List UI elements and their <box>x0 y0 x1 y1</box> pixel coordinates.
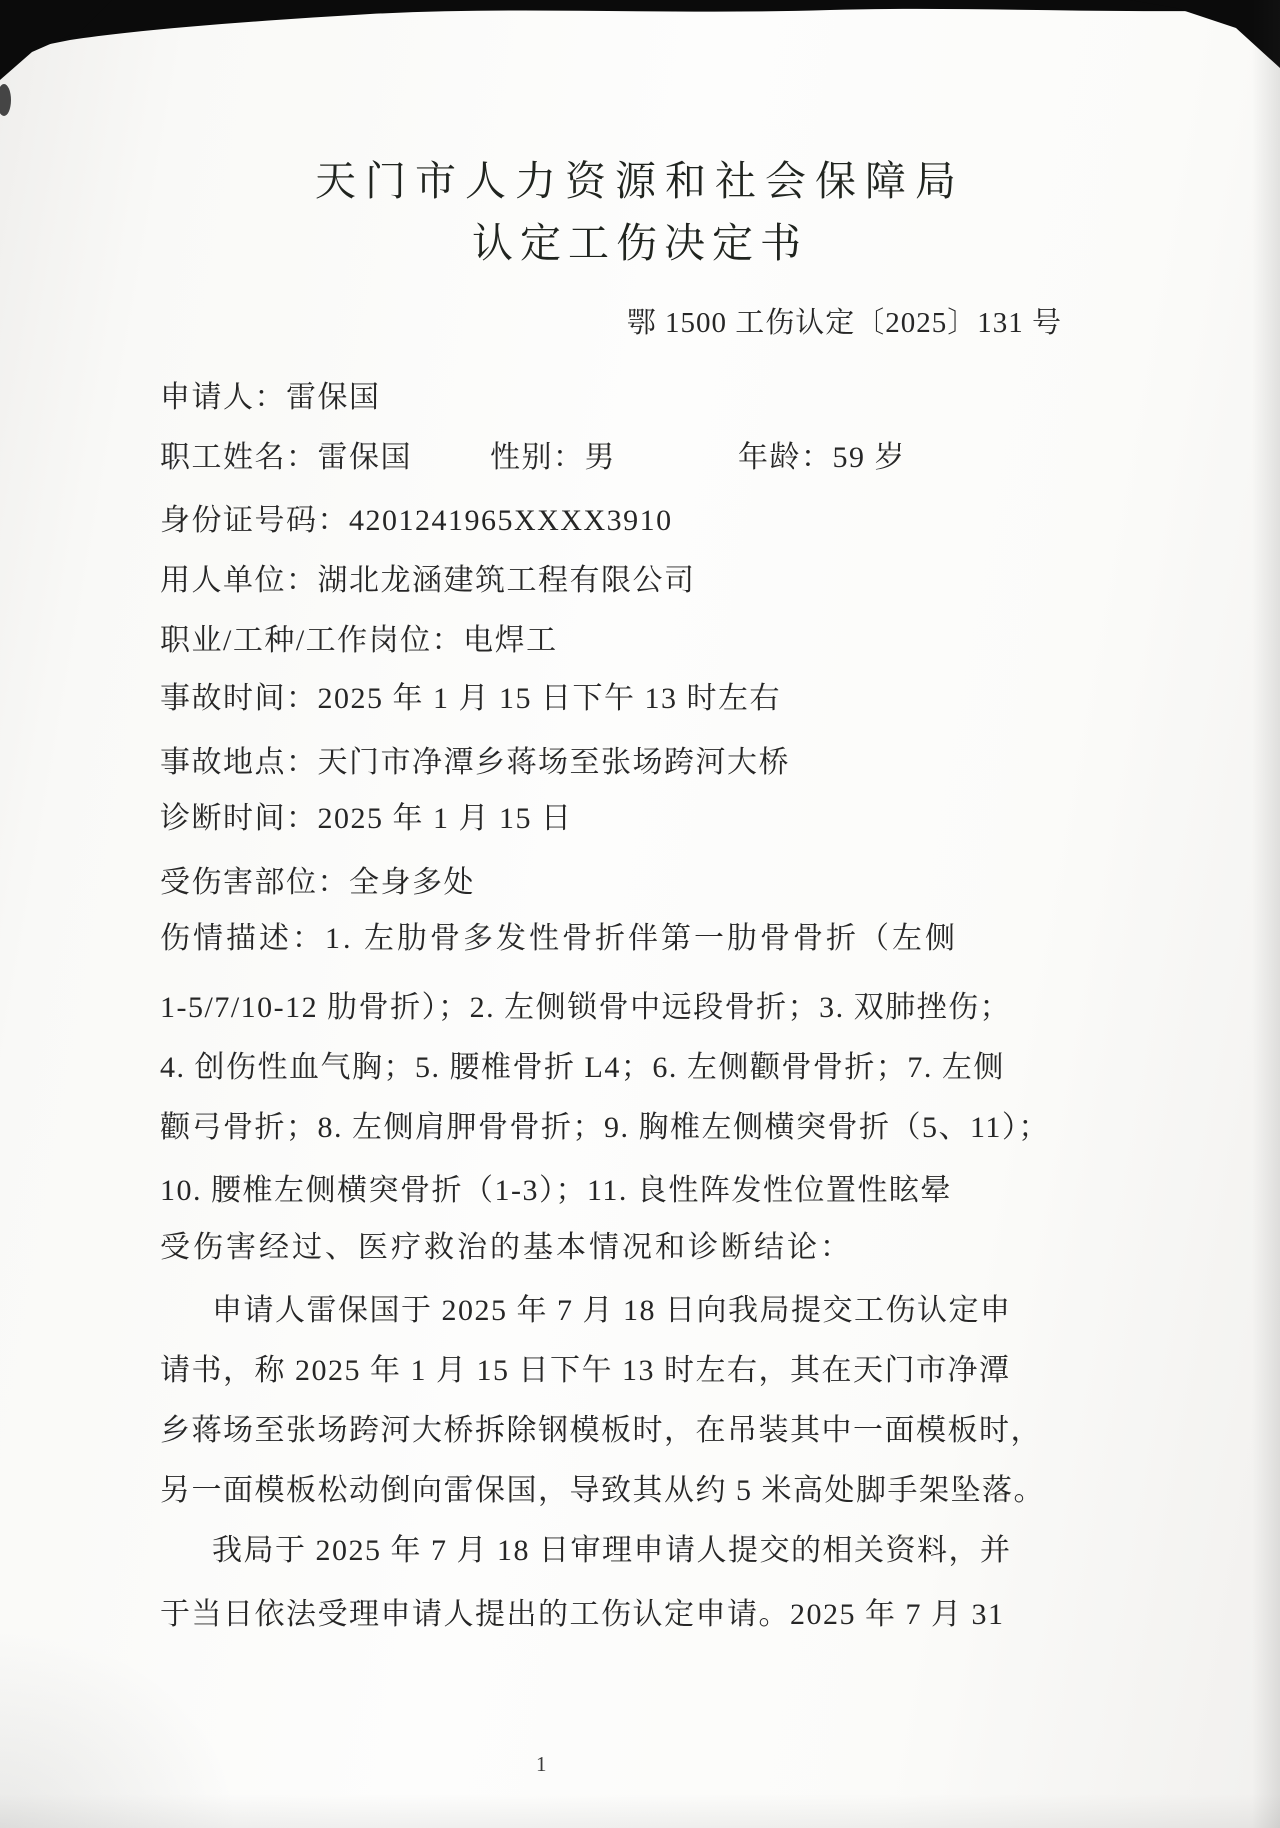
document-number: 鄂 1500 工伤认定〔2025〕131 号 <box>0 300 1280 341</box>
field-worker-name: 职工姓名：雷保国 <box>160 432 412 476</box>
narrative-line: 另一面模板松动倒向雷保国，导致其从约 5 米高处脚手架坠落。 <box>160 1465 1045 1509</box>
field-occupation: 职业/工种/工作岗位：电焊工 <box>160 615 558 659</box>
section-heading: 受伤害经过、医疗救治的基本情况和诊断结论： <box>160 1222 853 1266</box>
injury-description-line: 颧弓骨折；8. 左侧肩胛骨骨折；9. 胸椎左侧横突骨折（5、11）； <box>160 1102 1050 1146</box>
scanned-document-page: 天门市人力资源和社会保障局 认定工伤决定书 鄂 1500 工伤认定〔2025〕1… <box>0 0 1280 1828</box>
injury-description-line: 4. 创伤性血气胸；5. 腰椎骨折 L4；6. 左侧颧骨骨折；7. 左侧 <box>160 1042 1005 1086</box>
document-title: 认定工伤决定书 <box>0 210 1280 269</box>
scan-shadow-right <box>1252 0 1280 1828</box>
scan-shadow-corner <box>0 1628 240 1828</box>
injury-description-line: 10. 腰椎左侧横突骨折（1-3）；11. 良性阵发性位置性眩晕 <box>160 1165 952 1209</box>
field-id-number: 身份证号码：4201241965XXXX3910 <box>160 495 673 539</box>
narrative-line: 于当日依法受理申请人提出的工伤认定申请。2025 年 7 月 31 <box>160 1589 1005 1633</box>
field-accident-place: 事故地点：天门市净潭乡蒋场至张场跨河大桥 <box>160 737 790 781</box>
narrative-line: 我局于 2025 年 7 月 18 日审理申请人提交的相关资料，并 <box>212 1525 1012 1569</box>
narrative-line: 申请人雷保国于 2025 年 7 月 18 日向我局提交工伤认定申 <box>212 1285 1012 1329</box>
field-worker-gender: 性别：男 <box>490 432 616 476</box>
scan-edge-artifact <box>0 0 1280 120</box>
field-worker-age: 年龄：59 岁 <box>738 432 906 476</box>
narrative-line: 乡蒋场至张场跨河大桥拆除钢模板时，在吊装其中一面模板时， <box>160 1405 1042 1449</box>
field-worker-row: 职工姓名：雷保国 性别：男 年龄：59 岁 <box>0 432 1280 472</box>
injury-description-line: 伤情描述：1. 左肋骨多发性骨折伴第一肋骨骨折（左侧 <box>160 913 958 957</box>
narrative-line: 请书，称 2025 年 1 月 15 日下午 13 时左右，其在天门市净潭 <box>160 1345 1011 1389</box>
field-accident-time: 事故时间：2025 年 1 月 15 日下午 13 时左右 <box>160 673 781 717</box>
agency-title: 天门市人力资源和社会保障局 <box>0 148 1280 207</box>
field-injured-parts: 受伤害部位：全身多处 <box>160 857 475 901</box>
page-number: 1 <box>536 1752 547 1777</box>
field-diagnosis-time: 诊断时间：2025 年 1 月 15 日 <box>160 793 573 837</box>
field-employer: 用人单位：湖北龙涵建筑工程有限公司 <box>160 555 696 599</box>
injury-description-line: 1-5/7/10-12 肋骨折）；2. 左侧锁骨中远段骨折；3. 双肺挫伤； <box>160 982 1011 1026</box>
field-applicant: 申请人：雷保国 <box>160 372 381 416</box>
